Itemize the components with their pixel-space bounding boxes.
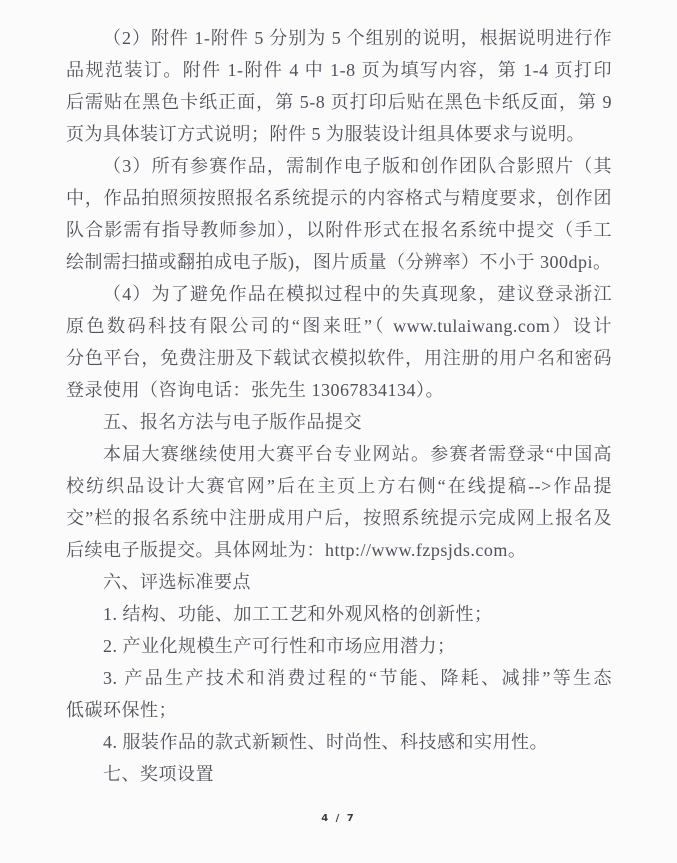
text-line: 低碳环保性； (66, 694, 612, 726)
text-line: 品规范装订。附件 1-附件 4 中 1-8 页为填写内容，第 1-4 页打印 (66, 54, 612, 86)
text-line: 登录使用（咨询电话：张先生 13067834134）。 (66, 374, 612, 406)
page-footer: 4 / 7 (0, 808, 677, 826)
text-line: 页为具体装订方式说明；附件 5 为服装设计组具体要求与说明。 (66, 118, 612, 150)
text-line: 分色平台，免费注册及下载试衣模拟软件，用注册的用户名和密码 (66, 342, 612, 374)
list-item: 2. 产业化规模生产可行性和市场应用潜力； (66, 630, 612, 662)
section-heading: 七、奖项设置 (66, 758, 612, 790)
text-line: 后需贴在黑色卡纸正面，第 5-8 页打印后贴在黑色卡纸反面，第 9 (66, 86, 612, 118)
text-line: 绘制需扫描或翻拍成电子版)，图片质量（分辨率）不小于 300dpi。 (66, 246, 612, 278)
list-item: 4. 服装作品的款式新颖性、时尚性、科技感和实用性。 (66, 726, 612, 758)
text-line: 原色数码科技有限公司的“图来旺”（ www.tulaiwang.com）设计 (66, 310, 612, 342)
document-body: （2）附件 1-附件 5 分别为 5 个组别的说明，根据说明进行作 品规范装订。… (66, 22, 612, 790)
page-number: 4 / 7 (321, 813, 356, 824)
text-line: 本届大赛继续使用大赛平台专业网站。参赛者需登录“中国高 (66, 438, 612, 470)
section-heading: 五、报名方法与电子版作品提交 (66, 406, 612, 438)
text-line: 交”栏的报名系统中注册成用户后，按照系统提示完成网上报名及 (66, 502, 612, 534)
text-line: 校纺织品设计大赛官网”后在主页上方右侧“在线提稿-->作品提 (66, 470, 612, 502)
list-item: 1. 结构、功能、加工工艺和外观风格的创新性； (66, 598, 612, 630)
text-line: 队合影需有指导教师参加），以附件形式在报名系统中提交（手工 (66, 214, 612, 246)
text-line: （3）所有参赛作品，需制作电子版和创作团队合影照片（其 (66, 150, 612, 182)
text-line: 后续电子版提交。具体网址为：http://www.fzpsjds.com。 (66, 534, 612, 566)
text-line: 中，作品拍照须按照报名系统提示的内容格式与精度要求，创作团 (66, 182, 612, 214)
text-line: （2）附件 1-附件 5 分别为 5 个组别的说明，根据说明进行作 (66, 22, 612, 54)
text-line: （4）为了避免作品在模拟过程中的失真现象，建议登录浙江 (66, 278, 612, 310)
section-heading: 六、评选标准要点 (66, 566, 612, 598)
document-page: （2）附件 1-附件 5 分别为 5 个组别的说明，根据说明进行作 品规范装订。… (0, 0, 677, 863)
list-item: 3. 产品生产技术和消费过程的“节能、降耗、减排”等生态 (66, 662, 612, 694)
